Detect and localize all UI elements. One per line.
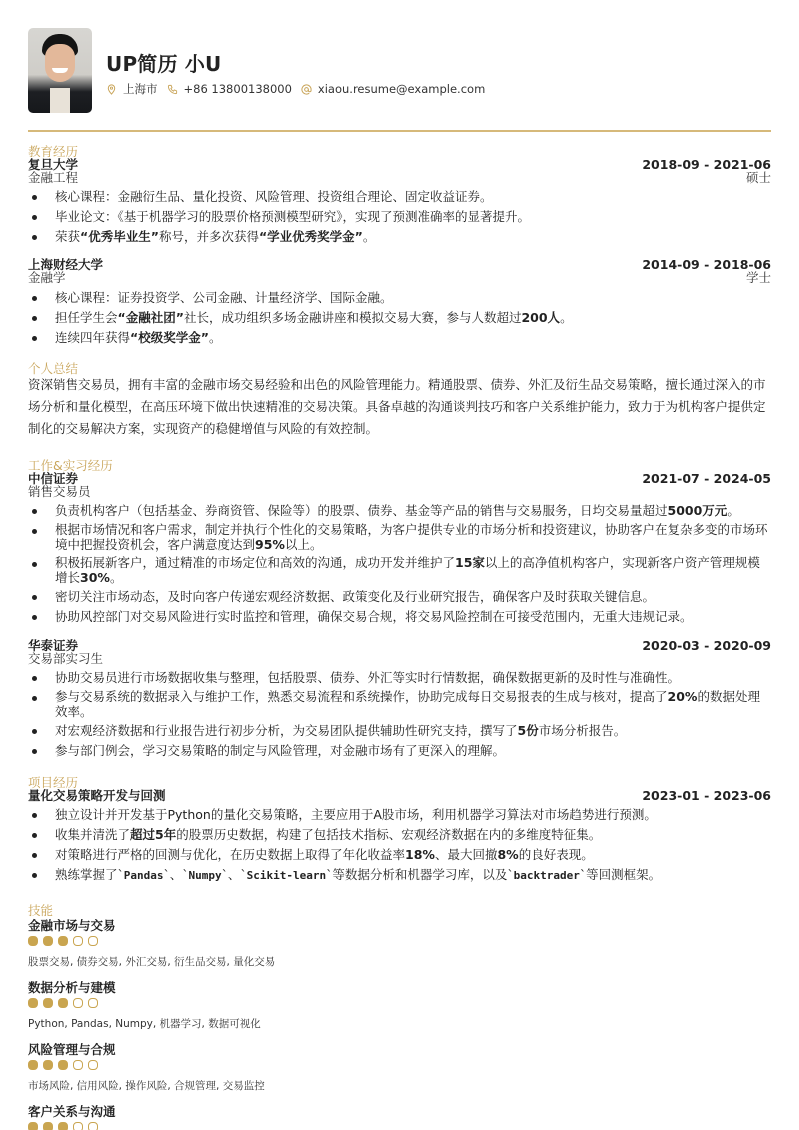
education-bullets: 核心课程：金融衍生品、量化投资、风险管理、投资组合理论、固定收益证券。 毕业论文… xyxy=(28,188,771,248)
list-item: 根据市场情况和客户需求，制定并执行个性化的交易策略，为客户提供专业的市场分析和投… xyxy=(28,522,771,552)
list-item: 协助风控部门对交易风险进行实时监控和管理，确保交易合规，将交易风险控制在可接受范… xyxy=(28,608,771,625)
list-item: 参与交易系统的数据录入与维护工作，熟悉交易流程和系统操作，协助完成每日交易报表的… xyxy=(28,689,771,719)
list-item: 对策略进行严格的回测与优化，在历史数据上取得了年化收益率18%、最大回撤8%的良… xyxy=(28,846,771,863)
skill-name: 客户关系与沟通 xyxy=(28,1102,116,1120)
contact-location: 上海市 xyxy=(106,81,158,97)
skill-description: 股票交易, 债券交易, 外汇交易, 衍生品交易, 量化交易 xyxy=(28,954,275,969)
work-date: 2021-07 - 2024-05 xyxy=(642,472,771,486)
list-item: 对宏观经济数据和行业报告进行初步分析，为交易团队提供辅助性研究支持，撰写了5份市… xyxy=(28,722,771,739)
at-email-icon xyxy=(301,84,312,95)
profile-photo xyxy=(28,28,92,113)
list-item: 熟练掌握了`Pandas`、`Numpy`、`Scikit-learn`等数据分… xyxy=(28,866,771,884)
work-bullets: 负责机构客户（包括基金、券商资管、保险等）的股票、债券、基金等产品的销售与交易服… xyxy=(28,502,771,628)
list-item: 核心课程：金融衍生品、量化投资、风险管理、投资组合理论、固定收益证券。 xyxy=(28,188,771,205)
skill-description: 市场风险, 信用风险, 操作风险, 合规管理, 交易监控 xyxy=(28,1078,265,1093)
project-bullets: 独立设计并开发基于Python的量化交易策略，主要应用于A股市场，利用机器学习算… xyxy=(28,806,771,887)
skill-description: Python, Pandas, Numpy, 机器学习, 数据可视化 xyxy=(28,1016,261,1031)
list-item: 担任学生会“金融社团”社长，成功组织多场金融讲座和模拟交易大赛，参与人数超过20… xyxy=(28,309,771,326)
header-divider xyxy=(28,130,771,132)
list-item: 参与部门例会，学习交易策略的制定与风险管理，对金融市场有了更深入的理解。 xyxy=(28,742,771,759)
list-item: 积极拓展新客户，通过精准的市场定位和高效的沟通，成功开发并维护了15家以上的高净… xyxy=(28,555,771,585)
location-pin-icon xyxy=(106,84,117,95)
location-text: 上海市 xyxy=(123,81,158,97)
work-bullets: 协助交易员进行市场数据收集与整理，包括股票、债券、外汇等实时行情数据，确保数据更… xyxy=(28,669,771,762)
contact-email: xiaou.resume@example.com xyxy=(301,82,485,96)
list-item: 协助交易员进行市场数据收集与整理，包括股票、债券、外汇等实时行情数据，确保数据更… xyxy=(28,669,771,686)
job-role: 销售交易员 xyxy=(28,485,91,499)
skill-level-dots xyxy=(28,1122,103,1130)
project-date: 2023-01 - 2023-06 xyxy=(642,789,771,803)
education-bullets: 核心课程：证券投资学、公司金融、计量经济学、国际金融。 担任学生会“金融社团”社… xyxy=(28,289,771,349)
list-item: 核心课程：证券投资学、公司金融、计量经济学、国际金融。 xyxy=(28,289,771,306)
list-item: 收集并清洗了超过5年的股票历史数据，构建了包括技术指标、宏观经济数据在内的多维度… xyxy=(28,826,771,843)
email-text[interactable]: xiaou.resume@example.com xyxy=(318,82,485,96)
skill-name: 数据分析与建模 xyxy=(28,978,116,996)
list-item: 荣获“优秀毕业生”称号，并多次获得“学业优秀奖学金”。 xyxy=(28,228,771,245)
job-role: 交易部实习生 xyxy=(28,652,103,666)
project-name: 量化交易策略开发与回测 xyxy=(28,789,166,803)
major: 金融工程 xyxy=(28,171,78,185)
list-item: 密切关注市场动态，及时向客户传递宏观经济数据、政策变化及行业研究报告，确保客户及… xyxy=(28,588,771,605)
phone-icon xyxy=(167,84,178,95)
contact-info: 上海市 +86 13800138000 xiaou.resume@example… xyxy=(106,81,494,97)
skill-level-dots xyxy=(28,998,103,1008)
degree: 学士 xyxy=(746,271,771,285)
skill-name: 金融市场与交易 xyxy=(28,916,116,934)
skill-level-dots xyxy=(28,1060,103,1070)
summary-text: 资深销售交易员，拥有丰富的金融市场交易经验和出色的风险管理能力。精通股票、债券、… xyxy=(28,374,771,440)
contact-phone: +86 13800138000 xyxy=(167,82,292,96)
work-date: 2020-03 - 2020-09 xyxy=(642,639,771,653)
skill-name: 风险管理与合规 xyxy=(28,1040,116,1058)
degree: 硕士 xyxy=(746,171,771,185)
resume-header: UP简历 小U 上海市 +86 13800138000 xiaou.resume… xyxy=(28,28,771,114)
list-item: 连续四年获得“校级奖学金”。 xyxy=(28,329,771,346)
major: 金融学 xyxy=(28,271,66,285)
list-item: 负责机构客户（包括基金、券商资管、保险等）的股票、债券、基金等产品的销售与交易服… xyxy=(28,502,771,519)
candidate-name: UP简历 小U xyxy=(106,48,222,77)
skill-level-dots xyxy=(28,936,103,946)
list-item: 毕业论文：《基于机器学习的股票价格预测模型研究》，实现了预测准确率的显著提升。 xyxy=(28,208,771,225)
phone-text[interactable]: +86 13800138000 xyxy=(184,82,292,96)
list-item: 独立设计并开发基于Python的量化交易策略，主要应用于A股市场，利用机器学习算… xyxy=(28,806,771,823)
